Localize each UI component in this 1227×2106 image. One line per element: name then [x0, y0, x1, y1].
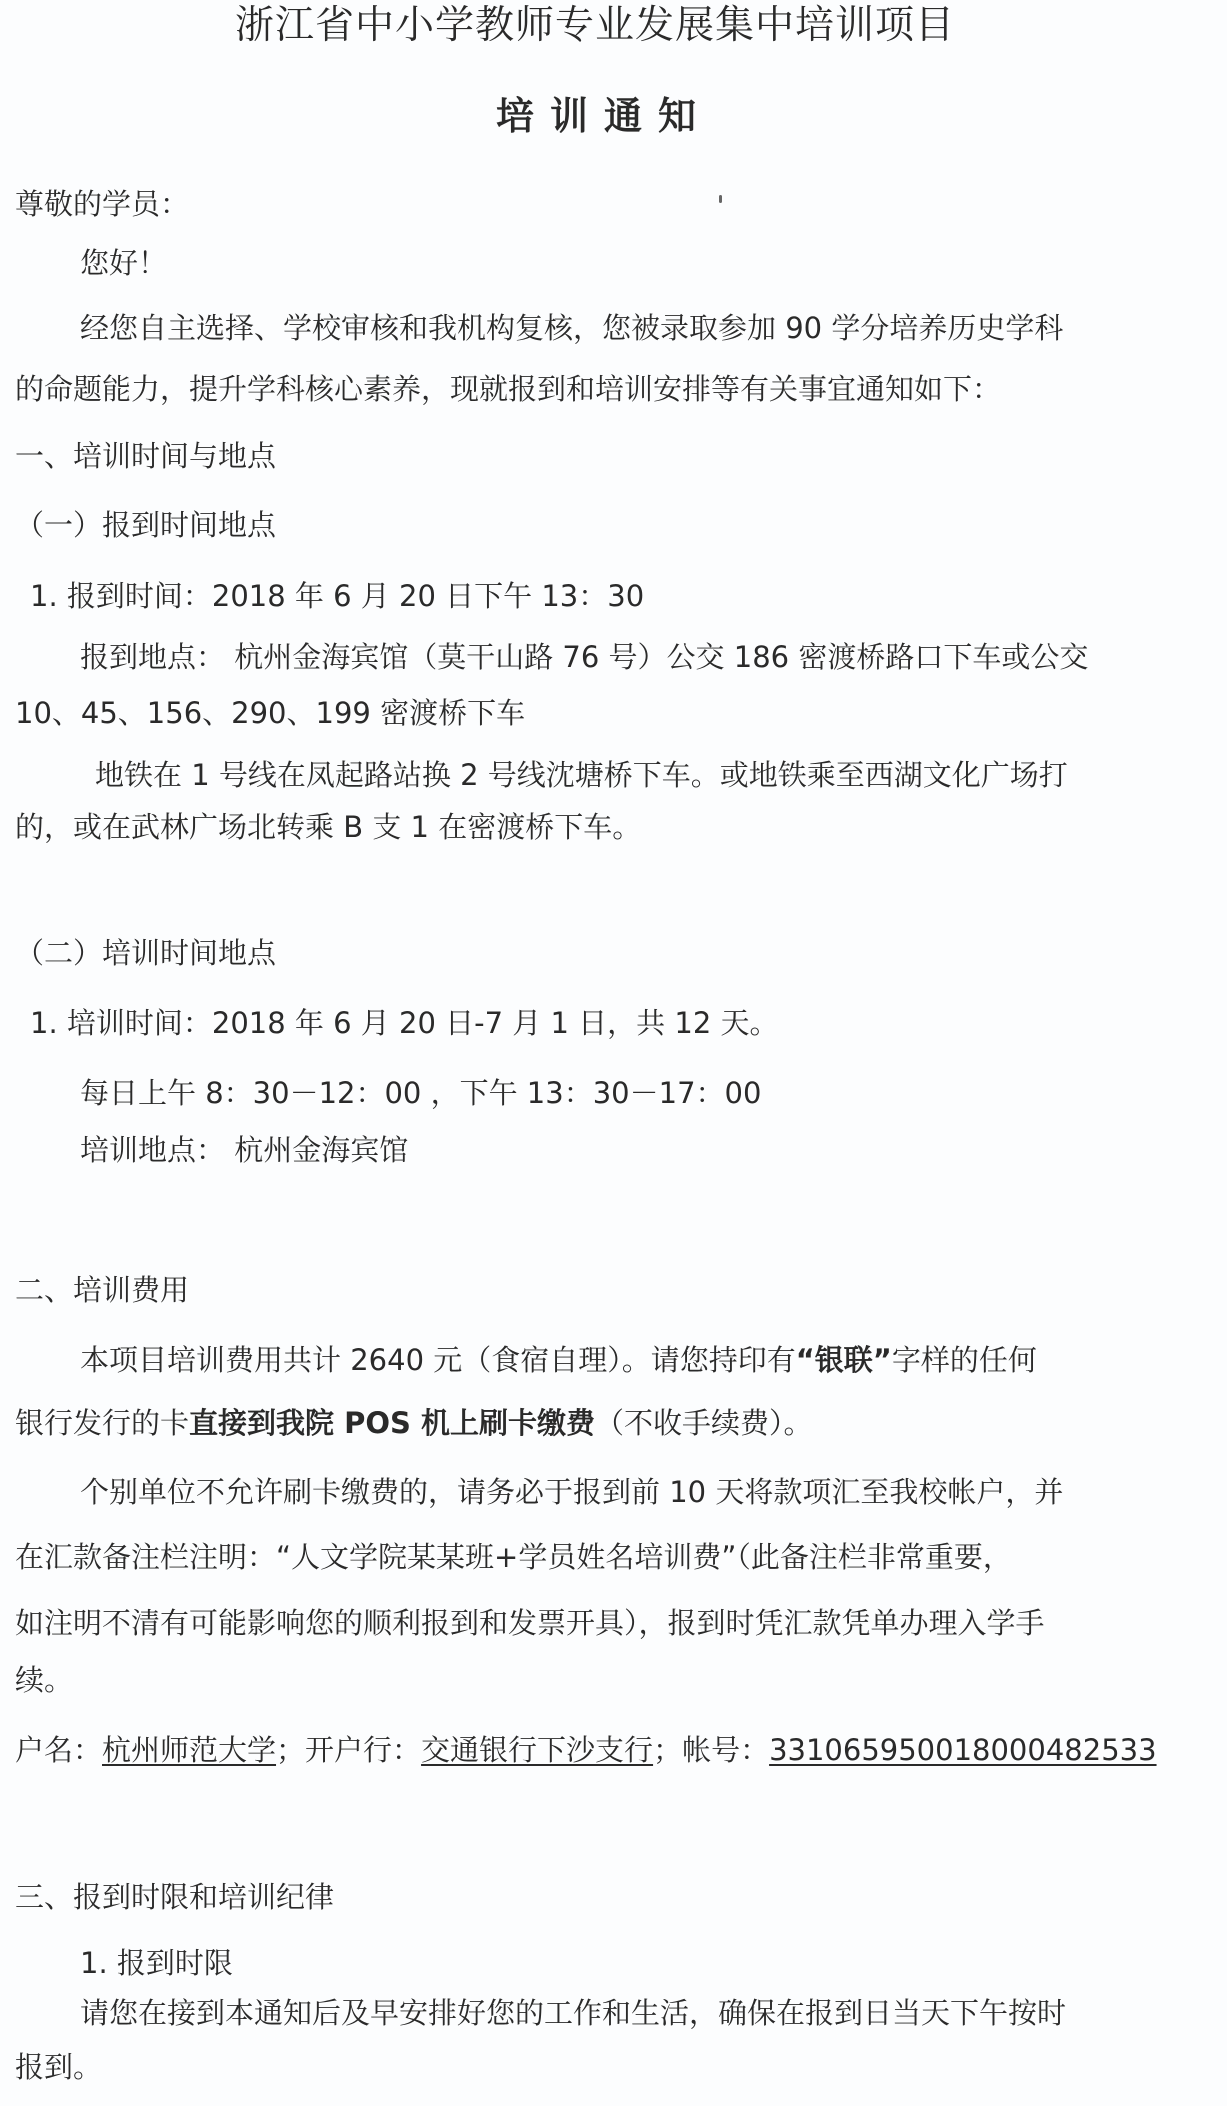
fee-line-2: 银行发行的卡直接到我院 POS 机上刷卡缴费（不收手续费）。 — [15, 1405, 813, 1441]
section-1-heading: 一、培训时间与地点 — [15, 438, 276, 474]
transfer-line-3: 如注明不清有可能影响您的顺利报到和发票开具），报到时凭汇款凭单办理入学手 — [15, 1605, 1045, 1641]
section-3-heading: 三、报到时限和培训纪律 — [15, 1879, 334, 1915]
section-1-sub1-heading: （一）报到时间地点 — [15, 507, 276, 543]
account-name: 杭州师范大学 — [102, 1733, 276, 1767]
checkin-deadline-heading: 1. 报到时限 — [80, 1945, 233, 1981]
fee-line-1-pre: 本项目培训费用共计 2640 元（食宿自理）。请您持印有 — [80, 1343, 796, 1377]
intro-line-2: 的命题能力，提升学科核心素养，现就报到和培训安排等有关事宜通知如下： — [15, 371, 1001, 407]
salutation: 尊敬的学员： — [15, 186, 189, 222]
bank-label: ；开户行： — [276, 1733, 421, 1767]
bank-account-line: 户名：杭州师范大学；开户行：交通银行下沙支行；帐号：33106595001800… — [15, 1732, 1157, 1768]
document-subtitle: 培训通知 — [496, 98, 712, 134]
transfer-line-4: 续。 — [15, 1662, 73, 1698]
unionpay-highlight: “银联” — [796, 1343, 892, 1377]
account-number: 331065950018000482533 — [769, 1733, 1156, 1767]
training-time: 1. 培训时间：2018 年 6 月 20 日-7 月 1 日，共 12 天。 — [30, 1005, 779, 1041]
checkin-place-line-1: 报到地点： 杭州金海宾馆（莫干山路 76 号）公交 186 密渡桥路口下车或公交 — [80, 639, 1088, 675]
training-place: 培训地点： 杭州金海宾馆 — [80, 1132, 408, 1168]
fee-line-1-post: 字样的任何 — [892, 1343, 1037, 1377]
account-name-label: 户名： — [15, 1733, 102, 1767]
pos-payment-highlight: 直接到我院 POS 机上刷卡缴费 — [189, 1406, 595, 1440]
intro-line-1: 经您自主选择、学校审核和我机构复核，您被录取参加 90 学分培养历史学科 — [80, 310, 1063, 346]
greeting: 您好！ — [80, 245, 167, 281]
fee-line-2-pre: 银行发行的卡 — [15, 1406, 189, 1440]
fee-line-1: 本项目培训费用共计 2640 元（食宿自理）。请您持印有“银联”字样的任何 — [80, 1342, 1037, 1378]
metro-line-1: 地铁在 1 号线在凤起路站换 2 号线沈塘桥下车。或地铁乘至西湖文化广场打 — [95, 757, 1068, 793]
checkin-deadline-line-2: 报到。 — [15, 2049, 102, 2085]
checkin-deadline-line-1: 请您在接到本通知后及早安排好您的工作和生活，确保在报到日当天下午按时 — [80, 1995, 1066, 2031]
metro-line-2: 的，或在武林广场北转乘 B 支 1 在密渡桥下车。 — [15, 809, 641, 845]
transfer-line-1: 个别单位不允许刷卡缴费的，请务必于报到前 10 天将款项汇至我校帐户，并 — [80, 1474, 1063, 1510]
account-number-label: ；帐号： — [653, 1733, 769, 1767]
scan-speck — [719, 195, 722, 203]
document-title: 浙江省中小学教师专业发展集中培训项目 — [235, 8, 955, 44]
fee-line-2-post: （不收手续费）。 — [595, 1406, 813, 1440]
section-1-sub2-heading: （二）培训时间地点 — [15, 935, 276, 971]
transfer-line-2: 在汇款备注栏注明：“人文学院某某班+学员姓名培训费”（此备注栏非常重要， — [15, 1539, 1012, 1575]
bank-name: 交通银行下沙支行 — [421, 1733, 653, 1767]
checkin-place-line-2: 10、45、156、290、199 密渡桥下车 — [15, 695, 525, 731]
section-2-heading: 二、培训费用 — [15, 1272, 189, 1308]
training-daily-hours: 每日上午 8：30－12：00 ，下午 13：30－17：00 — [80, 1075, 761, 1111]
checkin-time: 1. 报到时间：2018 年 6 月 20 日下午 13：30 — [30, 578, 644, 614]
